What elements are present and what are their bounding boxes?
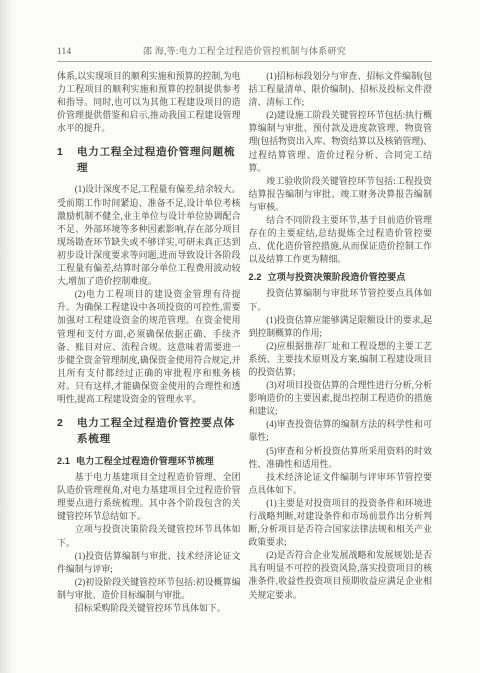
paragraph: (2)是否符合企业发展战略和发展规划;是否具有明显不可控的投资风险,落实投资项目…	[249, 549, 433, 601]
paragraph: (2)电力工程项目的建设资金管理有待提升。为确保工程建设中各项投资的可控性,需要…	[57, 288, 241, 406]
subsection-number: 2.2	[249, 270, 268, 284]
paragraph: 结合不同阶段主要环节,基于目前造价管理存在的主要症结,总结提炼全过程造价管控要点…	[249, 214, 433, 266]
paragraph: (4)审查投资估算的编制方法的科学性和可靠性;	[249, 418, 433, 444]
page-header: 114 邵 海,等:电力工程全过程造价管控机制与体系研究	[57, 44, 432, 62]
section-heading-1: 1 电力工程全过程造价管理问题梳理	[57, 144, 241, 176]
subsection-number: 2.1	[57, 454, 76, 468]
paragraph: (2)初设阶段关键管控环节包括:初设概算编制与审批、造价目标编制与审批。	[57, 576, 241, 602]
paragraph: (5)审查和分析投资估算所采用资料的时效性、准确性和适用性。	[249, 445, 433, 471]
section-number: 1	[57, 144, 77, 176]
section-number: 2	[57, 415, 77, 447]
paragraph: (1)投资估算应能够满足限额设计的要求,起到控制概算的作用;	[249, 314, 433, 340]
paragraph: 投资估算编制与审批环节管控要点具体如下。	[249, 287, 433, 313]
paragraph-continuation: 体系,以实现项目的顺利实施和预算的控制,为电力工程项目的顺利实施和预算的控制提供…	[57, 70, 241, 135]
paragraph: 立项与投资决策阶段关键管控环节具体如下。	[57, 523, 241, 549]
paragraph: (1)招标标段划分与审查、招标文件编制(包括工程量清单、限价编制)、招标及投标文…	[249, 70, 433, 109]
subsection-heading-2-2: 2.2 立项与投资决策阶段造价管控要点	[249, 270, 433, 284]
paragraph: 招标采购阶段关键管控环节具体如下。	[57, 602, 241, 615]
paragraph: 基于电力基建项目全过程造价管理、全团队造价管理视角,对电力基建项目全过程造价管理…	[57, 471, 241, 523]
document-page: 114 邵 海,等:电力工程全过程造价管控机制与体系研究 体系,以实现项目的顺利…	[57, 44, 432, 615]
two-column-layout: 体系,以实现项目的顺利实施和预算的控制,为电力工程项目的顺利实施和预算的控制提供…	[57, 70, 432, 615]
paragraph: 竣工验收阶段关键管控环节包括:工程投资结算报告编制与审批、竣工财务决算报告编制与…	[249, 175, 433, 214]
section-title: 电力工程全过程造价管控要点体系梳理	[77, 415, 241, 447]
paragraph: (2)建设施工阶段关键管控环节包括:执行概算编制与审批、预付款及进度款管理、物资…	[249, 109, 433, 174]
left-column: 体系,以实现项目的顺利实施和预算的控制,为电力工程项目的顺利实施和预算的控制提供…	[57, 70, 241, 615]
page-number: 114	[57, 44, 127, 58]
right-column: (1)招标标段划分与审查、招标文件编制(包括工程量清单、限价编制)、招标及投标文…	[249, 70, 433, 615]
paragraph: 技术经济论证文件编制与评审环节管控要点具体如下。	[249, 471, 433, 497]
section-title: 电力工程全过程造价管理问题梳理	[77, 144, 241, 176]
subsection-title: 立项与投资决策阶段造价管控要点	[268, 270, 433, 284]
paragraph: (1)主要是对投资项目的投资条件和环境进行战略判断,对建设条件和市场前景作出分析…	[249, 497, 433, 549]
running-title: 邵 海,等:电力工程全过程造价管控机制与体系研究	[127, 44, 362, 58]
subsection-heading-2-1: 2.1 电力工程全过程造价管理环节梳理	[57, 454, 241, 468]
paragraph: (1)投资估算编制与审批、技术经济论证文件编制与评审;	[57, 550, 241, 576]
paragraph: (3)对项目投资估算的合理性进行分析,分析影响造价的主要因素,提出控制工程造价的…	[249, 379, 433, 418]
paragraph: (1)设计深度不足,工程量有偏差,结余较大。受前期工作时间紧迫、准备不足,设计单…	[57, 183, 241, 288]
section-heading-2: 2 电力工程全过程造价管控要点体系梳理	[57, 415, 241, 447]
page-edge-shadow	[0, 0, 14, 673]
subsection-title: 电力工程全过程造价管理环节梳理	[76, 454, 241, 468]
paragraph: (2)应根据推荐厂址和工程设想的主要工艺系统、主要技术原则及方案,编制工程建设项…	[249, 340, 433, 379]
